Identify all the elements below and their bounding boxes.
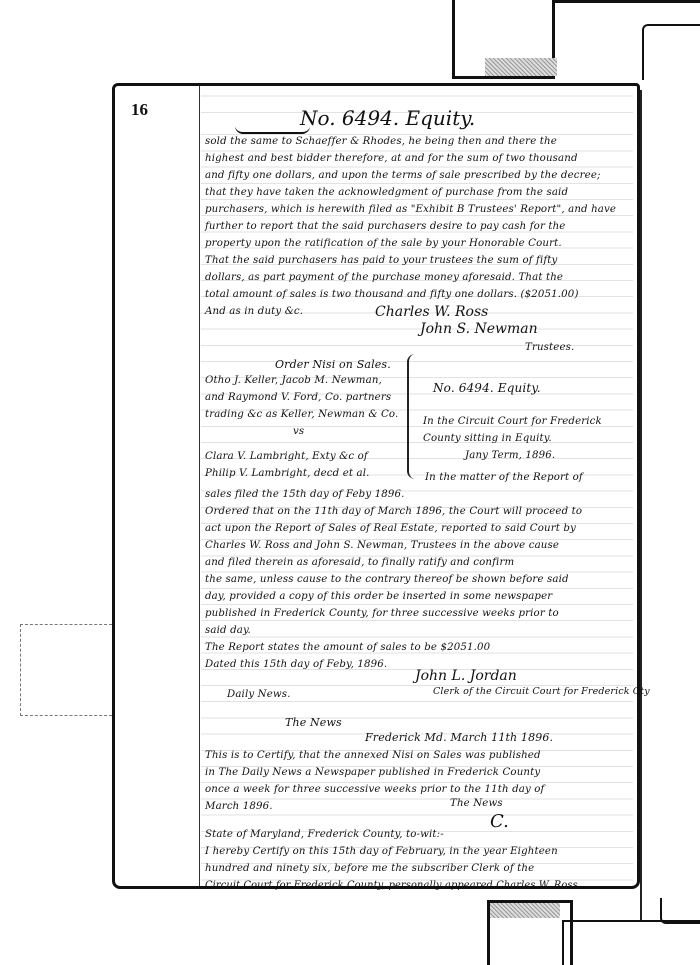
case-heading: No. 6494. Equity. [300,106,475,130]
clerk-signature: John L. Jordan [415,668,517,684]
plaintiff-line: Otho J. Keller, Jacob M. Newman, [205,375,382,386]
report-line: That the said purchasers has paid to you… [205,255,557,266]
paper-note: Daily News. [227,689,291,700]
affidavit-line: hundred and ninety six, before me the su… [205,863,534,874]
ledger-page: 16 No. 6494. Equity. sold the same to Sc… [112,83,640,889]
report-line: dollars, as part payment of the purchase… [205,272,563,283]
affidavit-line: Circuit Court for Frederick County, pers… [205,880,578,891]
plaintiff-line: and Raymond V. Ford, Co. partners [205,392,391,403]
versus: vs [293,426,304,437]
defendant-line: Clara V. Lambright, Exty &c of [205,451,368,462]
publication-line: This is to Certify, that the annexed Nis… [205,750,541,761]
order-line: In the matter of the Report of [425,472,583,483]
clerk-title: Clerk of the Circuit Court for Frederick… [433,686,650,697]
adjacent-page-edge-bottom-right [562,920,700,965]
caption-case-number: No. 6494. Equity. [433,381,541,395]
order-line: Charles W. Ross and John S. Newman, Trus… [205,540,559,551]
court-line: In the Circuit Court for Frederick [423,416,602,427]
order-line: the same, unless cause to the contrary t… [205,574,569,585]
report-line: property upon the ratification of the sa… [205,238,562,249]
publication-line: March 1896. [205,801,273,812]
order-line: The Report states the amount of sales to… [205,642,490,653]
publication-mark: C. [490,811,509,832]
caption-brace [407,354,419,479]
order-line: day, provided a copy of this order be in… [205,591,552,602]
page-number: 16 [131,100,148,120]
defendant-line: Philip V. Lambright, decd et al. [205,468,370,479]
report-line: highest and best bidder therefore, at an… [205,153,578,164]
order-line: act upon the Report of Sales of Real Est… [205,523,576,534]
affidavit-line: State of Maryland, Frederick County, to-… [205,829,444,840]
publication-line: once a week for three successive weeks p… [205,784,544,795]
plaintiff-line: trading &c as Keller, Newman & Co. [205,409,398,420]
page-curl-shadow-top [485,58,557,76]
order-line: Dated this 15th day of Feby, 1896. [205,659,387,670]
folded-tab-top-right [642,24,700,80]
trustee-signature: John S. Newman [420,321,538,337]
affidavit-line: I hereby Certify on this 15th day of Feb… [205,846,558,857]
report-line: purchasers, which is herewith filed as "… [205,204,616,215]
binding-edge [640,90,642,920]
report-line: sold the same to Schaeffer & Rhodes, he … [205,136,557,147]
trustees-title: Trustees. [525,342,574,353]
order-line: sales filed the 15th day of Feby 1896. [205,489,405,500]
margin-rule [199,86,200,886]
order-line: and filed therein as aforesaid, to final… [205,557,514,568]
court-line: County sitting in Equity. [423,433,552,444]
order-line: published in Frederick County, for three… [205,608,559,619]
heading-flourish [235,126,310,134]
publication-line: in The Daily News a Newspaper published … [205,767,540,778]
report-line: And as in duty &c. [205,306,303,317]
publication-signature: The News [450,798,503,809]
folded-tab-bottom-right [660,898,700,924]
page-curl-shadow-bottom [490,903,560,918]
report-line: further to report that the said purchase… [205,221,566,232]
publication-heading: The News [285,716,342,729]
faint-margin-box [20,624,117,716]
report-line: that they have taken the acknowledgment … [205,187,568,198]
term: Jany Term, 1896. [465,450,555,461]
trustee-signature: Charles W. Ross [375,304,488,320]
order-line: Ordered that on the 11th day of March 18… [205,506,582,517]
report-line: total amount of sales is two thousand an… [205,289,579,300]
order-nisi-title: Order Nisi on Sales. [275,358,391,371]
publication-dateline: Frederick Md. March 11th 1896. [365,731,553,744]
report-line: and fifty one dollars, and upon the term… [205,170,601,181]
order-line: said day. [205,625,251,636]
